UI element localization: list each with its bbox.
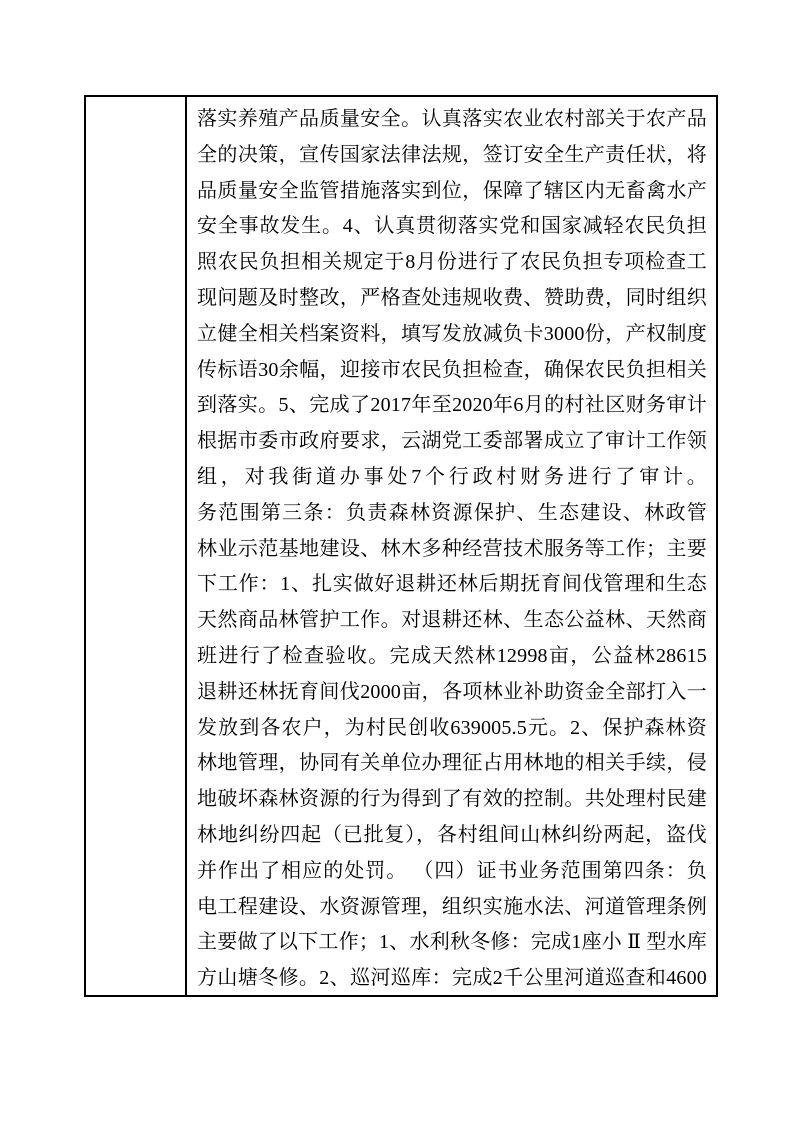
report-text-line: 林业示范基地建设、林木多种经营技术服务等工作；主要做了以 bbox=[197, 532, 707, 568]
report-text-line: 全的决策，宣传国家法律法规，签订安全生产责任状，将养殖产 bbox=[197, 138, 707, 174]
report-text-line: 天然商品林管护工作。对退耕还林、生态公益林、天然商品林小 bbox=[197, 603, 707, 639]
report-text-line: 务范围第三条：负责森林资源保护、生态建设、林政管理、指导 bbox=[197, 496, 707, 532]
report-text-line: 发放到各农户，为村民创收639005.5元。2、保护森林资源，加强 bbox=[197, 711, 707, 747]
report-text-line: 组，对我街道办事处7个行政村财务进行了审计。 （三）、证书业 bbox=[197, 460, 707, 496]
report-text-line: 电工程建设、水资源管理，组织实施水法、河道管理条例等工作。 bbox=[197, 890, 707, 926]
table-left-cell bbox=[86, 97, 187, 995]
report-text-line: 并作出了相应的处罚。 （四）证书业务范围第四条：负责水利水 bbox=[197, 854, 707, 890]
document-page: 落实养殖产品质量安全。认真落实农业农村部关于农产品质量安全的决策，宣传国家法律法… bbox=[0, 0, 794, 1122]
report-table: 落实养殖产品质量安全。认真落实农业农村部关于农产品质量安全的决策，宣传国家法律法… bbox=[84, 95, 718, 997]
report-text-line: 方山塘冬修。2、巡河巡库：完成2千公里河道巡查和4600公里水 bbox=[197, 961, 707, 995]
report-text-line: 班进行了检查验收。完成天然林12998亩，公益林28615亩，后续 bbox=[197, 639, 707, 675]
table-content-cell: 落实养殖产品质量安全。认真落实农业农村部关于农产品质量安全的决策，宣传国家法律法… bbox=[187, 97, 716, 995]
report-text-line: 退耕还林抚育间伐2000亩，各项林业补助资金全部打入一卡通， bbox=[197, 675, 707, 711]
report-text-line: 林地纠纷四起（已批复），各村组间山林纠纷两起，盗伐林木一起 bbox=[197, 818, 707, 854]
report-text-line: 根据市委市政府要求，云湖党工委部署成立了审计工作领导小 bbox=[197, 424, 707, 460]
report-text-line: 现问题及时整改，严格查处违规收费、赞助费，同时组织各村建 bbox=[197, 281, 707, 317]
report-text-line: 到落实。5、完成了2017年至2020年6月的村社区财务审计工作。 bbox=[197, 388, 707, 424]
report-text-line: 主要做了以下工作；1、水利秋冬修：完成1座小 Ⅱ 型水库和7座万 bbox=[197, 925, 707, 961]
report-text-line: 品质量安全监管措施落实到位，保障了辖区内无畜禽水产品质量 bbox=[197, 174, 707, 210]
report-text-line: 下工作：1、扎实做好退耕还林后期抚育间伐管理和生态公益林、 bbox=[197, 567, 707, 603]
report-text-line: 落实养殖产品质量安全。认真落实农业农村部关于农产品质量安 bbox=[197, 102, 707, 138]
report-text-line: 立健全相关档案资料，填写发放减负卡3000份，产权制度改革宣 bbox=[197, 317, 707, 353]
report-text-line: 地破坏森林资源的行为得到了有效的控制。共处理村民建房占用 bbox=[197, 782, 707, 818]
report-text-line: 传标语30余幅，迎接市农民负担检查，确保农民负担相关政策得 bbox=[197, 353, 707, 389]
report-text-line: 安全事故发生。4、认真贯彻落实党和国家减轻农民负担政策。按 bbox=[197, 209, 707, 245]
report-text-line: 林地管理，协同有关单位办理征占用林地的相关手续，侵占用林 bbox=[197, 746, 707, 782]
report-text-line: 照农民负担相关规定于8月份进行了农民负担专项检查工作，发 bbox=[197, 245, 707, 281]
